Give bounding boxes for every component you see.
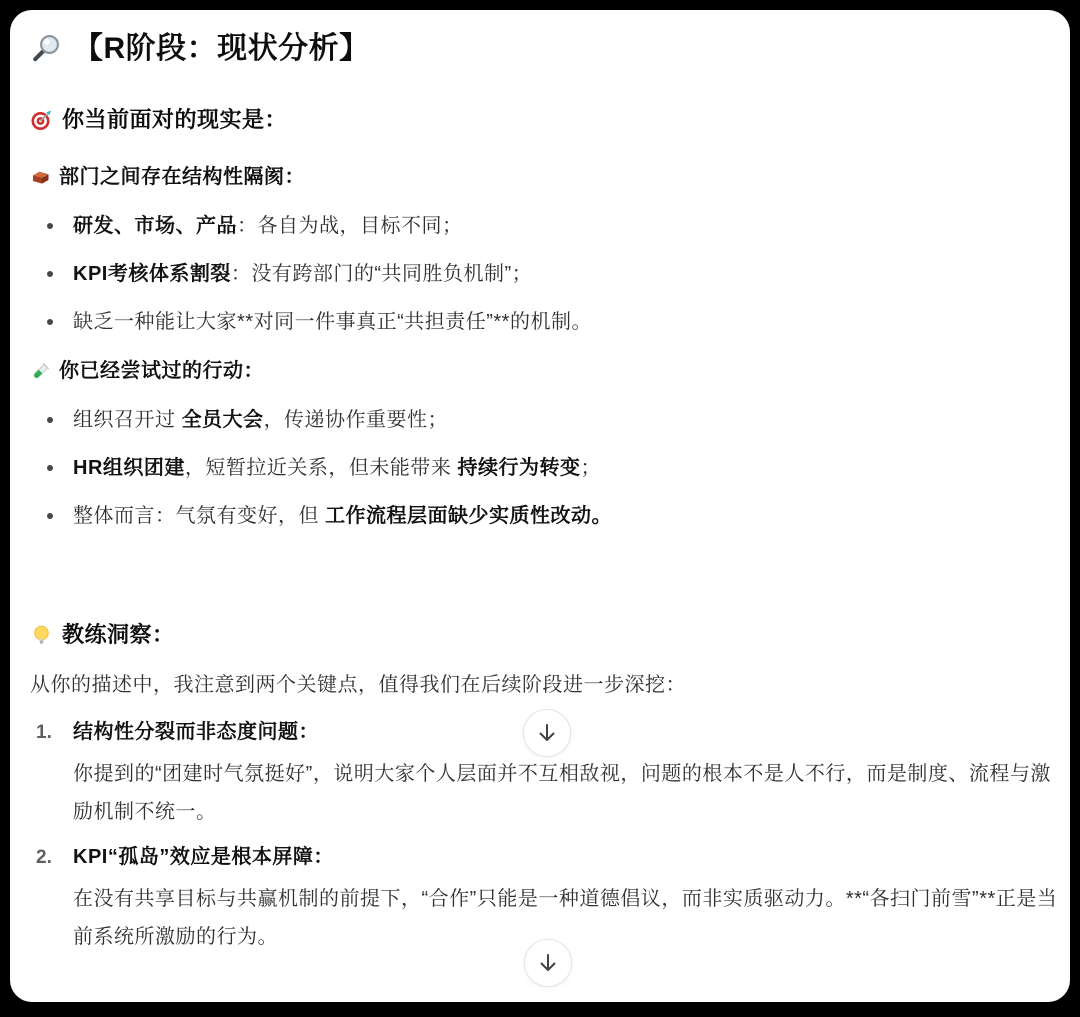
bullet-text: ：各自为战，目标不同；	[237, 215, 463, 237]
list-item: HR组织团建，短暂拉近关系，但未能带来 持续行为转变；	[30, 455, 1062, 481]
bullet-text: ：没有跨部门的“共同胜负机制”；	[231, 263, 532, 285]
bullet-text: 研发、市场、产品	[73, 215, 237, 237]
analysis-card: 【R阶段：现状分析】 你当前面对的现实是： 部门之间存在结构性隔阂：	[10, 10, 1070, 1002]
actions-bullet-list: 组织召开过 全员大会，传递协作重要性； HR组织团建，短暂拉近关系，但未能带来 …	[30, 407, 1062, 529]
block-actions-heading: 你已经尝试过的行动：	[30, 357, 1062, 385]
point-number: 1.	[36, 722, 52, 744]
test-tube-icon	[30, 361, 51, 382]
bullet-text: ；	[580, 457, 601, 479]
list-item: 缺乏一种能让大家**对同一件事真正“共担责任”**的机制。	[30, 309, 1062, 335]
brick-icon	[30, 167, 51, 188]
bullet-text: 持续行为转变	[457, 457, 580, 479]
point-body: 你提到的“团建时气氛挺好”，说明大家个人层面并不互相敌视，问题的根本不是人不行，…	[73, 755, 1062, 831]
bullet-text: ，短暂拉近关系，但未能带来	[185, 457, 458, 479]
list-item: 组织召开过 全员大会，传递协作重要性；	[30, 407, 1062, 433]
section-reality-heading-text: 你当前面对的现实是：	[62, 105, 287, 135]
list-item: KPI考核体系割裂：没有跨部门的“共同胜负机制”；	[30, 261, 1062, 287]
insight-intro: 从你的描述中，我注意到两个关键点，值得我们在后续阶段进一步深挖：	[30, 672, 1062, 698]
down-arrow-icon	[535, 721, 559, 745]
bullet-text: 全员大会	[182, 409, 264, 431]
point-body: 在没有共享目标与共赢机制的前提下，“合作”只能是一种道德倡议，而非实质驱动力。*…	[73, 880, 1062, 956]
bullet-text: 组织召开过	[73, 409, 182, 431]
light-bulb-icon	[30, 624, 53, 647]
section-reality-heading: 你当前面对的现实是：	[30, 105, 1062, 135]
list-item: 整体而言：气氛有变好，但 工作流程层面缺少实质性改动。	[30, 503, 1062, 529]
barrier-bullet-list: 研发、市场、产品：各自为战，目标不同； KPI考核体系割裂：没有跨部门的“共同胜…	[30, 213, 1062, 335]
bullet-text: KPI考核体系割裂	[73, 263, 231, 285]
bullet-text: 缺乏一种能让大家**对同一件事真正“共担责任”**的机制。	[73, 311, 592, 333]
bullet-text: HR组织团建	[73, 457, 185, 479]
page-title-text: 【R阶段：现状分析】	[73, 30, 370, 68]
block-actions-heading-text: 你已经尝试过的行动：	[59, 357, 264, 385]
point-number: 2.	[36, 847, 52, 869]
point-title: KPI“孤岛”效应是根本屏障：	[73, 844, 1062, 870]
bullet-text: ，传递协作重要性；	[264, 409, 449, 431]
page-title: 【R阶段：现状分析】	[30, 30, 1062, 68]
scroll-down-button[interactable]	[523, 709, 571, 757]
section-insight-heading: 教练洞察：	[30, 620, 1062, 650]
down-arrow-icon	[536, 951, 560, 975]
scroll-down-button[interactable]	[524, 939, 572, 987]
bullet-text: 整体而言：气氛有变好，但	[73, 505, 325, 527]
bullet-text: 工作流程层面缺少实质性改动。	[325, 505, 612, 527]
dart-target-icon	[30, 109, 53, 132]
list-item: 研发、市场、产品：各自为战，目标不同；	[30, 213, 1062, 239]
block-barrier-heading: 部门之间存在结构性隔阂：	[30, 163, 1062, 191]
magnifier-icon	[30, 33, 62, 65]
block-barrier-heading-text: 部门之间存在结构性隔阂：	[59, 163, 305, 191]
section-insight-heading-text: 教练洞察：	[62, 620, 175, 650]
